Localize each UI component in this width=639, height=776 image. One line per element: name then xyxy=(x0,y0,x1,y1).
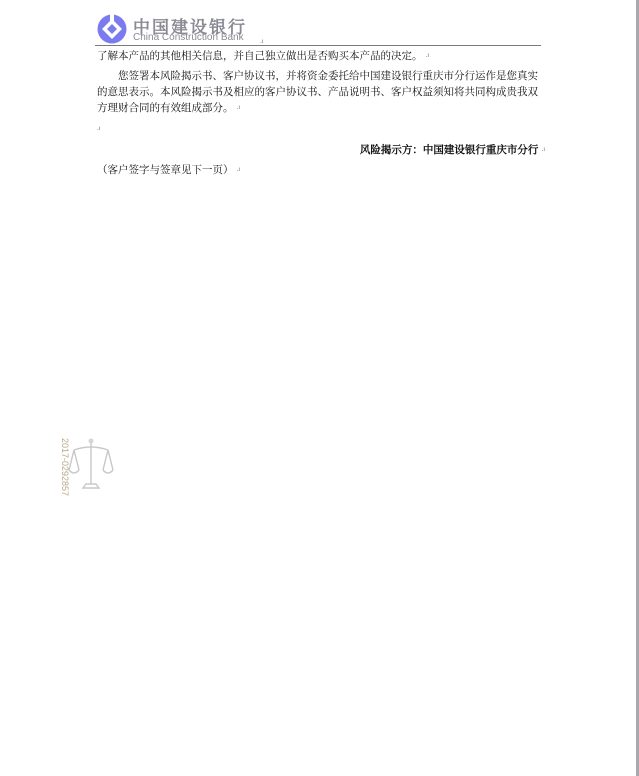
signature-note: （客户签字与签章见下一页）.ı xyxy=(97,162,543,178)
paragraph-mark: .ı xyxy=(237,166,241,173)
bank-name-en: China Construction Bank xyxy=(133,32,244,43)
paragraph-mark: .ı xyxy=(426,52,430,59)
signature-line: 风险揭示方：中国建设银行重庆市分行.ı xyxy=(97,142,545,158)
paragraph-text: 了解本产品的其他相关信息，并自己独立做出是否购买本产品的决定。 xyxy=(97,50,423,62)
watermark: 2017-0292857 xyxy=(54,436,114,496)
paragraph-mark: .ı xyxy=(97,125,101,132)
paragraph-mark: .ı xyxy=(541,146,545,153)
risk-discloser-text: 风险揭示方：中国建设银行重庆市分行 xyxy=(360,144,539,156)
paragraph-intro: 了解本产品的其他相关信息，并自己独立做出是否购买本产品的决定。.ı xyxy=(97,48,543,64)
blank-paragraph: .ı xyxy=(97,121,543,137)
header-divider xyxy=(95,45,541,46)
paragraph-mark: .ı xyxy=(260,38,264,45)
scales-of-justice-icon xyxy=(68,436,114,494)
document-header: 中国建设银行 China Construction Bank .ı xyxy=(95,12,541,46)
paragraph-mark: .ı xyxy=(237,104,241,111)
paragraph-agreement: 您签署本风险揭示书、客户协议书，并将资金委托给中国建设银行重庆市分行运作是您真实… xyxy=(97,68,543,116)
note-text: （客户签字与签章见下一页） xyxy=(97,164,234,176)
paragraph-text: 您签署本风险揭示书、客户协议书，并将资金委托给中国建设银行重庆市分行运作是您真实… xyxy=(97,70,538,114)
ccb-logo-icon xyxy=(97,14,127,44)
